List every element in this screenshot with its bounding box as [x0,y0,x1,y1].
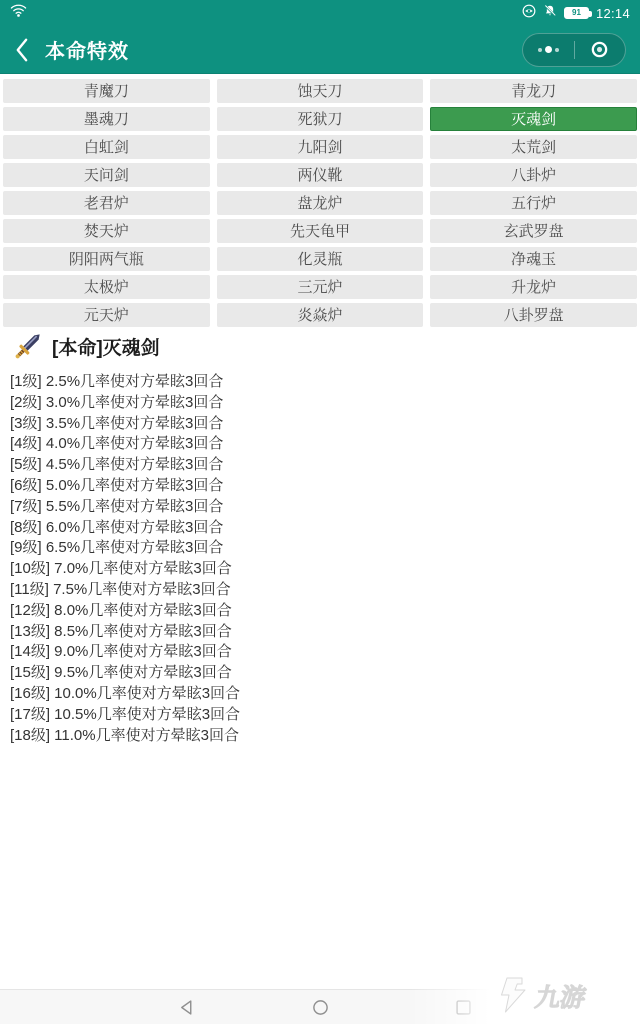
more-button[interactable] [523,34,574,66]
weapon-button[interactable]: 元天炉 [3,303,210,327]
level-effect-line: [14级] 9.0%几率使对方晕眩3回合 [10,642,630,663]
eye-comfort-icon [522,4,536,23]
weapon-button[interactable]: 死狱刀 [217,107,424,131]
weapon-button[interactable]: 蚀天刀 [217,79,424,103]
level-effect-line: [2级] 3.0%几率使对方晕眩3回合 [10,393,630,414]
level-effect-line: [15级] 9.5%几率使对方晕眩3回合 [10,663,630,684]
battery-percent: 91 [572,9,581,17]
weapon-button[interactable]: 白虹剑 [3,135,210,159]
weapon-button[interactable]: 盘龙炉 [217,191,424,215]
level-effect-line: [10级] 7.0%几率使对方晕眩3回合 [10,559,630,580]
level-list: [1级] 2.5%几率使对方晕眩3回合[2级] 3.0%几率使对方晕眩3回合[3… [10,372,630,746]
nav-recents-button[interactable] [455,999,472,1021]
back-button[interactable] [14,37,29,63]
level-effect-line: [16级] 10.0%几率使对方晕眩3回合 [10,684,630,705]
app-screen: 91 12:14 本命特效 [0,0,640,1024]
weapon-button[interactable]: 五行炉 [430,191,637,215]
weapon-button[interactable]: 阴阳两气瓶 [3,247,210,271]
android-navbar [0,989,640,1024]
level-effect-line: [4级] 4.0%几率使对方晕眩3回合 [10,434,630,455]
wifi-icon [10,3,27,23]
sword-icon [10,328,46,364]
weapon-grid: 青魔刀蚀天刀青龙刀墨魂刀死狱刀灭魂剑白虹剑九阳剑太荒剑天问剑两仪靴八卦炉老君炉盘… [0,79,640,327]
weapon-button[interactable]: 青魔刀 [3,79,210,103]
level-effect-line: [8级] 6.0%几率使对方晕眩3回合 [10,518,630,539]
weapon-button[interactable]: 净魂玉 [430,247,637,271]
weapon-button[interactable]: 太极炉 [3,275,210,299]
weapon-button[interactable]: 九阳剑 [217,135,424,159]
target-circle-icon [590,40,609,59]
weapon-button[interactable]: 炎焱炉 [217,303,424,327]
weapon-button[interactable]: 天问剑 [3,163,210,187]
weapon-button[interactable]: 升龙炉 [430,275,637,299]
nav-back-button[interactable] [178,999,195,1021]
weapon-button[interactable]: 青龙刀 [430,79,637,103]
detail-header: [本命]灭魂剑 [10,328,630,364]
page-title: 本命特效 [45,35,129,64]
level-effect-line: [12级] 8.0%几率使对方晕眩3回合 [10,601,630,622]
level-effect-line: [11级] 7.5%几率使对方晕眩3回合 [10,580,630,601]
clock-text: 12:14 [596,6,630,21]
weapon-button[interactable]: 先天龟甲 [217,219,424,243]
detail-title: [本命]灭魂剑 [52,333,160,360]
level-effect-line: [18级] 11.0%几率使对方晕眩3回合 [10,726,630,747]
level-effect-line: [3级] 3.5%几率使对方晕眩3回合 [10,414,630,435]
weapon-detail: [本命]灭魂剑 [1级] 2.5%几率使对方晕眩3回合[2级] 3.0%几率使对… [0,328,640,746]
level-effect-line: [1级] 2.5%几率使对方晕眩3回合 [10,372,630,393]
weapon-button[interactable]: 玄武罗盘 [430,219,637,243]
nav-home-button[interactable] [312,999,329,1021]
weapon-button[interactable]: 墨魂刀 [3,107,210,131]
weapon-button[interactable]: 八卦罗盘 [430,303,637,327]
watermark-glow [410,986,640,1024]
weapon-button[interactable]: 灭魂剑 [430,107,637,131]
weapon-button[interactable]: 化灵瓶 [217,247,424,271]
level-effect-line: [5级] 4.5%几率使对方晕眩3回合 [10,455,630,476]
mute-bell-icon [543,4,557,23]
status-bar: 91 12:14 [0,0,640,26]
level-effect-line: [9级] 6.5%几率使对方晕眩3回合 [10,538,630,559]
level-effect-line: [6级] 5.0%几率使对方晕眩3回合 [10,476,630,497]
weapon-button[interactable]: 老君炉 [3,191,210,215]
weapon-button[interactable]: 焚天炉 [3,219,210,243]
level-effect-line: [17级] 10.5%几率使对方晕眩3回合 [10,705,630,726]
weapon-button[interactable]: 三元炉 [217,275,424,299]
weapon-button[interactable]: 太荒剑 [430,135,637,159]
close-circle-button[interactable] [575,34,626,66]
level-effect-line: [7级] 5.5%几率使对方晕眩3回合 [10,497,630,518]
battery-icon: 91 [564,7,589,19]
app-header: 本命特效 [0,26,640,74]
miniprogram-capsule [522,33,626,67]
more-dots-icon [538,46,559,53]
weapon-button[interactable]: 八卦炉 [430,163,637,187]
weapon-button[interactable]: 两仪靴 [217,163,424,187]
level-effect-line: [13级] 8.5%几率使对方晕眩3回合 [10,622,630,643]
